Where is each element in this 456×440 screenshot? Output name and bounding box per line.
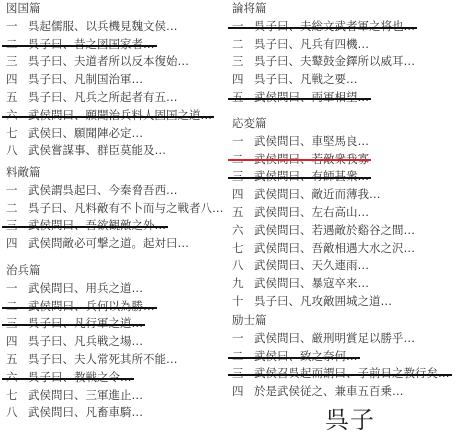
list-item: 五武侯問曰、両軍相望… (232, 89, 456, 107)
item-text: 呉子曰、凡戦之要… (254, 72, 358, 86)
section-ryoteki: 料敵篇 一武侯謂呉起曰、今秦脅吾西…二呉子曰、凡料敵有不卜而与之戦者八…三武侯問… (6, 164, 230, 253)
section-ohen: 応変篇 一武侯問曰、車堅馬良…二武侯問曰、若敵衆我寡三武侯問曰、有師甚衆…四武侯… (232, 115, 456, 311)
item-text: 武侯問曰、厳刑明賞足以勝乎… (254, 331, 415, 345)
list-item: 二呉子曰、昔之図国家者… (6, 36, 230, 54)
item-number: 二 (232, 36, 254, 54)
item-list: 一武侯謂呉起曰、今秦脅吾西…二呉子曰、凡料敵有不卜而与之戦者八…三武侯問曰、吾欲… (6, 182, 230, 253)
strikethrough-line (228, 98, 371, 100)
item-number: 五 (232, 204, 254, 222)
item-number: 七 (6, 387, 28, 405)
list-item: 五呉子曰、夫人常死其所不能… (6, 351, 230, 369)
item-number: 三 (6, 53, 28, 71)
list-item: 四呉子曰、凡制国治軍… (6, 71, 230, 89)
list-item: 四呉子曰、凡戦之要… (232, 71, 456, 89)
list-item: 二武侯問曰、兵何以為勝… (6, 298, 230, 316)
item-number: 四 (6, 333, 28, 351)
item-number: 四 (6, 71, 28, 89)
list-item: 十呉子曰、凡攻敵囲城之道… (232, 293, 456, 311)
item-text: 呉子曰、夫鼙鼓金鐸所以威耳… (254, 54, 415, 68)
strikethrough-line (2, 307, 157, 309)
strikethrough-line (228, 27, 417, 29)
list-item: 六武侯問曰、願聞治兵料人固国之道… (6, 107, 230, 125)
item-text: 武侯問曰、願聞治兵料人固国之道… (28, 108, 212, 122)
item-text: 呉子曰、夫道者所以反本復始… (28, 54, 189, 68)
section-title: 料敵篇 (6, 164, 230, 182)
item-number: 五 (6, 351, 28, 369)
item-number: 四 (232, 71, 254, 89)
item-text: 武侯問曰、用兵之道… (28, 281, 143, 295)
list-item: 四武侯問曰、敵近而薄我… (232, 186, 456, 204)
list-item: 四於是武侯従之、兼車五百乗… (232, 383, 456, 401)
item-list: 一呉起儒服、以兵機見魏文侯…二呉子曰、昔之図国家者…三呉子曰、夫道者所以反本復始… (6, 18, 230, 160)
item-list: 一武侯問曰、車堅馬良…二武侯問曰、若敵衆我寡三武侯問曰、有師甚衆…四武侯問曰、敵… (232, 133, 456, 311)
item-text: 呉子曰、凡制国治軍… (28, 72, 143, 86)
item-text: 呉子曰、凡兵戦之場… (28, 334, 143, 348)
strikethrough-line (2, 324, 145, 326)
item-text: 武侯問曰、有師甚衆… (254, 169, 369, 183)
item-number: 四 (6, 235, 28, 253)
list-item: 二武侯問曰、若敵衆我寡 (232, 151, 456, 169)
item-number: 九 (232, 275, 254, 293)
list-item: 三呉子曰、夫道者所以反本復始… (6, 53, 230, 71)
item-number: 一 (232, 330, 254, 348)
strikethrough-line (228, 357, 360, 359)
item-number: 一 (6, 280, 28, 298)
item-list: 一呉子曰、夫総文武者軍之将也…二呉子曰、凡兵有四機…三呉子曰、夫鼙鼓金鐸所以威耳… (232, 18, 456, 107)
list-item: 二呉子曰、凡料敵有不卜而与之戦者八… (6, 200, 230, 218)
item-text: 武侯問敵必可撃之道。起対曰… (28, 236, 189, 250)
strikethrough-line (2, 45, 157, 47)
item-number: 七 (6, 125, 28, 143)
list-item: 九武侯問曰、暴寇卒来… (232, 275, 456, 293)
section-reishi: 励士篇 一武侯問曰、厳刑明賞足以勝乎…二武侯曰、致之奈何…三武侯召呉起而謂曰、子… (232, 312, 456, 401)
item-text: 呉子曰、昔之図国家者… (28, 37, 155, 51)
list-item: 一武侯問曰、車堅馬良… (232, 133, 456, 151)
strikethrough-line (2, 378, 134, 380)
item-text: 武侯問曰、暴寇卒来… (254, 276, 369, 290)
list-item: 七武侯問曰、三軍進止… (6, 387, 230, 405)
item-text: 武侯問曰、左右高山… (254, 205, 369, 219)
item-text: 武侯問曰、若遇敵於谿谷之間… (254, 223, 415, 237)
strikethrough-line (228, 159, 371, 161)
item-number: 四 (232, 383, 254, 401)
item-text: 呉子曰、凡兵之所起者有五… (28, 90, 178, 104)
item-text: 於是武侯従之、兼車五百乗… (254, 384, 404, 398)
list-item: 四呉子曰、凡兵戦之場… (6, 333, 230, 351)
list-item: 八武侯問曰、凡畜車騎… (6, 404, 230, 422)
item-text: 呉子曰、教戦之令… (28, 370, 132, 384)
item-number: 八 (6, 404, 28, 422)
section-title: 論将篇 (232, 0, 456, 18)
item-text: 武侯問曰、車堅馬良… (254, 134, 369, 148)
item-text: 武侯問曰、吾欲観敵之外… (28, 218, 166, 232)
item-text: 武侯召呉起而謂曰、子前日之教行矣… (254, 366, 450, 380)
item-number: 六 (232, 222, 254, 240)
section-chihei: 治兵篇 一武侯問曰、用兵之道…二武侯問曰、兵何以為勝…三呉子曰、凡行軍之道…四呉… (6, 262, 230, 422)
list-item: 六呉子曰、教戦之令… (6, 369, 230, 387)
item-text: 武侯嘗謀事、群臣莫能及… (28, 143, 166, 157)
list-item: 一武侯問曰、厳刑明賞足以勝乎… (232, 330, 456, 348)
strikethrough-line (228, 177, 371, 179)
section-title: 図国篇 (6, 0, 230, 18)
item-number: 八 (232, 257, 254, 275)
list-item: 五武侯問曰、左右高山… (232, 204, 456, 222)
item-list: 一武侯問曰、厳刑明賞足以勝乎…二武侯曰、致之奈何…三武侯召呉起而謂曰、子前日之教… (232, 330, 456, 401)
list-item: 七武侯曰、願聞陣必定… (6, 125, 230, 143)
list-item: 三武侯問曰、吾欲観敵之外… (6, 217, 230, 235)
item-number: 八 (6, 142, 28, 160)
item-text: 武侯問曰、兵何以為勝… (28, 299, 155, 313)
item-text: 呉子曰、凡兵有四機… (254, 37, 369, 51)
list-item: 六武侯問曰、若遇敵於谿谷之間… (232, 222, 456, 240)
list-item: 一武侯謂呉起曰、今秦脅吾西… (6, 182, 230, 200)
list-item: 八武侯嘗謀事、群臣莫能及… (6, 142, 230, 160)
item-text: 呉起儒服、以兵機見魏文侯… (28, 19, 178, 33)
item-number: 三 (232, 53, 254, 71)
list-item: 三武侯召呉起而謂曰、子前日之教行矣… (232, 365, 456, 383)
item-text: 武侯問曰、敵近而薄我… (254, 187, 381, 201)
item-number: 四 (232, 186, 254, 204)
list-item: 四武侯問敵必可撃之道。起対曰… (6, 235, 230, 253)
item-text: 武侯問曰、両軍相望… (254, 90, 369, 104)
section-title: 治兵篇 (6, 262, 230, 280)
item-text: 武侯問曰、凡畜車騎… (28, 405, 143, 419)
section-tokoku: 図国篇 一呉起儒服、以兵機見魏文侯…二呉子曰、昔之図国家者…三呉子曰、夫道者所以… (6, 0, 230, 160)
list-item: 二呉子曰、凡兵有四機… (232, 36, 456, 54)
list-item: 一呉子曰、夫総文武者軍之将也… (232, 18, 456, 36)
item-number: 十 (232, 293, 254, 311)
signature-title: 呉子 (325, 400, 375, 435)
list-item: 三武侯問曰、有師甚衆… (232, 168, 456, 186)
section-ronsho: 論将篇 一呉子曰、夫総文武者軍之将也…二呉子曰、凡兵有四機…三呉子曰、夫鼙鼓金鐸… (232, 0, 456, 107)
item-text: 武侯曰、願聞陣必定… (28, 126, 143, 140)
item-text: 呉子曰、夫総文武者軍之将也… (254, 19, 415, 33)
strikethrough-line (2, 226, 168, 228)
item-number: 五 (6, 89, 28, 107)
list-item: 八武侯問曰、天久連雨… (232, 257, 456, 275)
strikethrough-line (2, 116, 214, 118)
item-text: 呉子曰、夫人常死其所不能… (28, 352, 178, 366)
item-text: 武侯問曰、吾敵相遇大水之沢… (254, 241, 415, 255)
item-number: 一 (232, 133, 254, 151)
item-text: 呉子曰、凡行軍之道… (28, 316, 143, 330)
item-text: 武侯問曰、天久連雨… (254, 258, 369, 272)
section-title: 応変篇 (232, 115, 456, 133)
list-item: 七武侯問曰、吾敵相遇大水之沢… (232, 240, 456, 258)
list-item: 三呉子曰、夫鼙鼓金鐸所以威耳… (232, 53, 456, 71)
list-item: 一武侯問曰、用兵之道… (6, 280, 230, 298)
item-list: 一武侯問曰、用兵之道…二武侯問曰、兵何以為勝…三呉子曰、凡行軍之道…四呉子曰、凡… (6, 280, 230, 422)
list-item: 二武侯曰、致之奈何… (232, 348, 456, 366)
item-number: 七 (232, 240, 254, 258)
strikethrough-line (228, 374, 452, 376)
item-text: 呉子曰、凡料敵有不卜而与之戦者八… (28, 201, 224, 215)
item-text: 武侯謂呉起曰、今秦脅吾西… (28, 183, 178, 197)
item-number: 一 (6, 182, 28, 200)
item-text: 武侯問曰、三軍進止… (28, 388, 143, 402)
item-text: 呉子曰、凡攻敵囲城之道… (254, 294, 392, 308)
section-title: 励士篇 (232, 312, 456, 330)
item-number: 一 (6, 18, 28, 36)
list-item: 一呉起儒服、以兵機見魏文侯… (6, 18, 230, 36)
list-item: 三呉子曰、凡行軍之道… (6, 315, 230, 333)
list-item: 五呉子曰、凡兵之所起者有五… (6, 89, 230, 107)
item-number: 二 (6, 200, 28, 218)
item-text: 武侯曰、致之奈何… (254, 349, 358, 363)
